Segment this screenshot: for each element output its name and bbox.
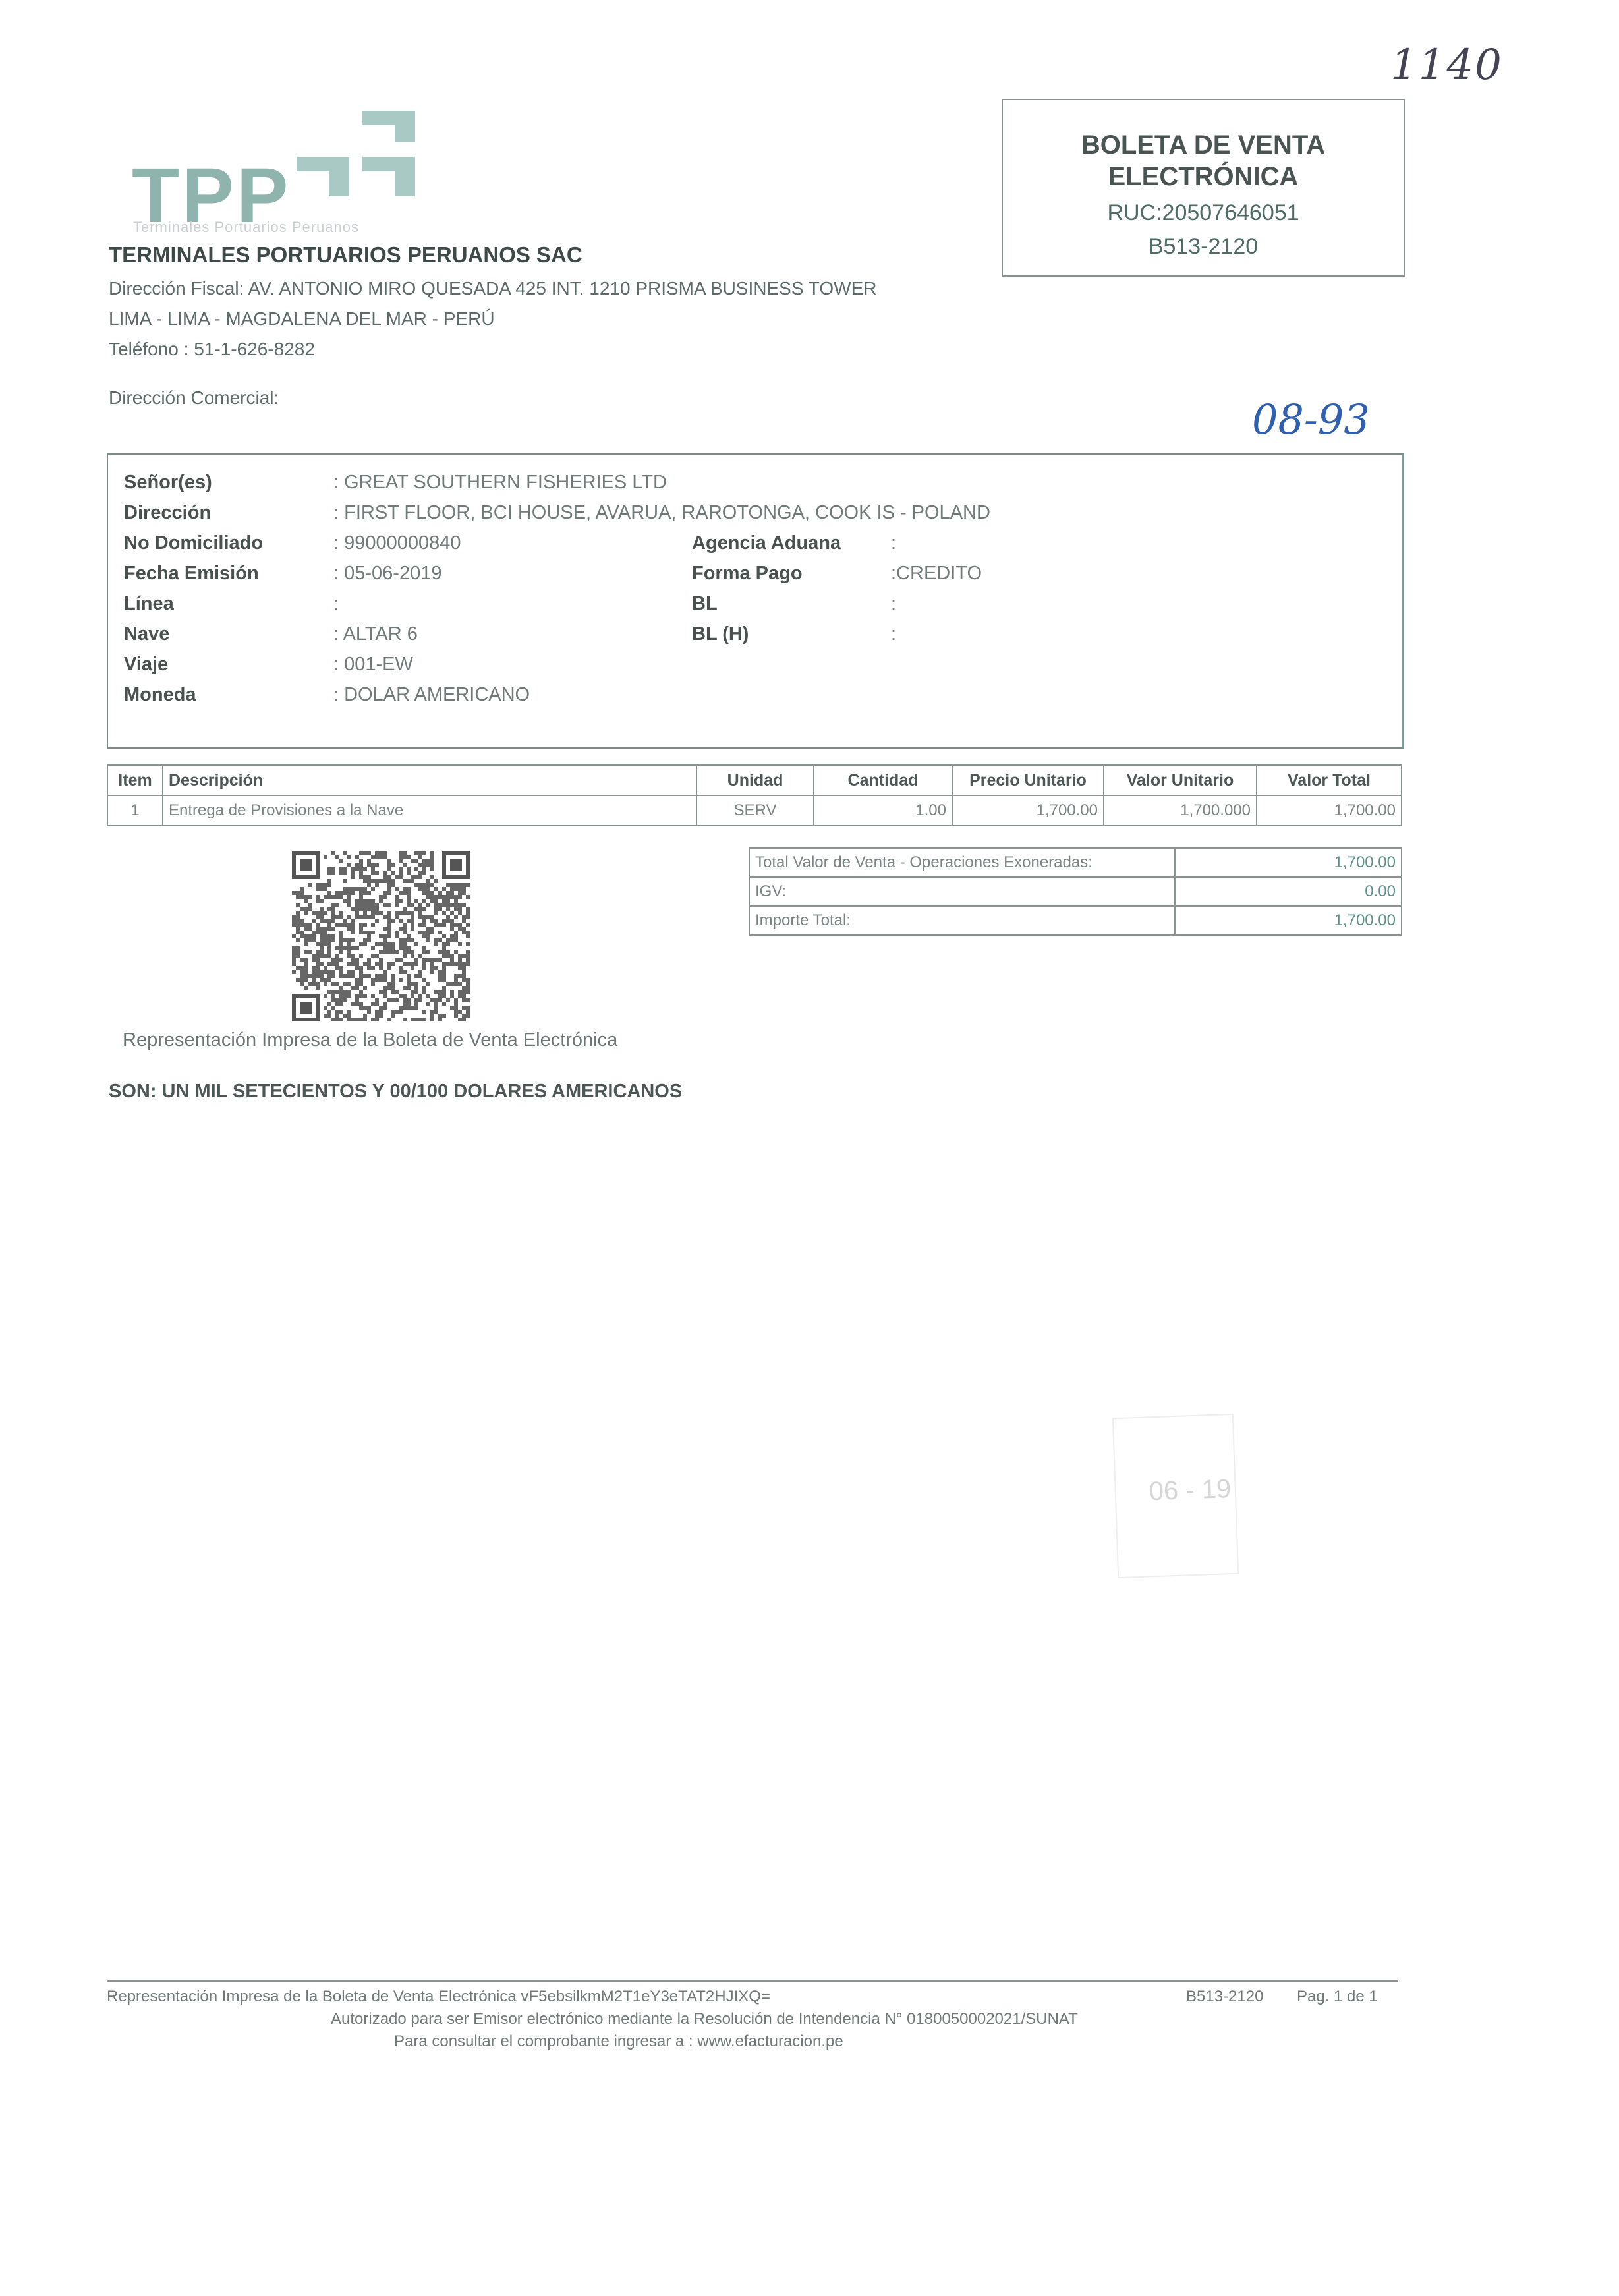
bl-value: :	[891, 593, 896, 614]
field-label: Agencia Aduana	[692, 532, 841, 554]
document-number: B513-2120	[1003, 234, 1404, 260]
qr-code	[292, 851, 470, 1021]
field-label: Viaje	[124, 654, 168, 675]
cell-unit-value: 1,700.000	[1104, 795, 1257, 826]
cell-unit-price: 1,700.00	[952, 795, 1104, 826]
field-label: Señor(es)	[124, 472, 212, 493]
city-line: LIMA - LIMA - MAGDALENA DEL MAR - PERÚ	[109, 308, 495, 330]
line-value: :	[333, 593, 339, 614]
col-total-value: Valor Total	[1257, 765, 1402, 795]
field-label: No Domiciliado	[124, 532, 263, 554]
handwritten-page-number: 1140	[1390, 41, 1503, 90]
voyage-value: : 001-EW	[333, 654, 413, 675]
col-unit: Unidad	[696, 765, 814, 795]
totals-row: Importe Total: 1,700.00	[749, 906, 1402, 935]
totals-value: 1,700.00	[1175, 848, 1402, 877]
logo-shape-top-stem	[395, 111, 415, 142]
footer-hash-line: Representación Impresa de la Boleta de V…	[107, 1988, 770, 2006]
table-header-row: Item Descripción Unidad Cantidad Precio …	[107, 765, 1402, 795]
customs-agency-value: :	[891, 532, 896, 554]
document-title-line2: ELECTRÓNICA	[1003, 161, 1404, 192]
cell-unit: SERV	[696, 795, 814, 826]
logo-shape-right-stem	[395, 157, 415, 196]
amount-in-words: SON: UN MIL SETECIENTOS Y 00/100 DOLARES…	[109, 1081, 682, 1103]
cell-item: 1	[107, 795, 163, 826]
cell-quantity: 1.00	[814, 795, 952, 826]
totals-value: 0.00	[1175, 877, 1402, 906]
field-label: BL	[692, 593, 718, 614]
qr-caption: Representación Impresa de la Boleta de V…	[123, 1029, 617, 1051]
commercial-address: Dirección Comercial:	[109, 387, 279, 409]
issue-date: : 05-06-2019	[333, 563, 441, 584]
stamp-date: 06 - 19	[1149, 1474, 1232, 1507]
field-label: Moneda	[124, 684, 196, 705]
footer-consult-link[interactable]: Para consultar el comprobante ingresar a…	[394, 2032, 843, 2051]
field-label: Fecha Emisión	[124, 563, 259, 584]
bl-house-value: :	[891, 623, 896, 645]
logo-subtitle: Terminales Portuarios Peruanos	[133, 219, 359, 236]
footer-divider	[107, 1980, 1398, 1982]
currency-value: : DOLAR AMERICANO	[333, 684, 530, 705]
field-label: Nave	[124, 623, 169, 645]
col-item: Item	[107, 765, 163, 795]
table-row: 1 Entrega de Provisiones a la Nave SERV …	[107, 795, 1402, 826]
document-ruc: RUC:20507646051	[1003, 200, 1404, 226]
customer-id: : 99000000840	[333, 532, 461, 554]
field-label: BL (H)	[692, 623, 749, 645]
col-unit-value: Valor Unitario	[1104, 765, 1257, 795]
document-type-box: BOLETA DE VENTA ELECTRÓNICA RUC:20507646…	[1002, 99, 1405, 277]
totals-label: Total Valor de Venta - Operaciones Exone…	[749, 848, 1175, 877]
company-logo: TPP Terminales Portuarios Peruanos	[132, 105, 422, 237]
handwritten-reference: 08-93	[1252, 395, 1370, 444]
totals-value: 1,700.00	[1175, 906, 1402, 935]
vessel-value: : ALTAR 6	[333, 623, 418, 645]
col-unit-price: Precio Unitario	[952, 765, 1104, 795]
field-label: Línea	[124, 593, 174, 614]
totals-row: IGV: 0.00	[749, 877, 1402, 906]
footer-document-number: B513-2120	[1186, 1988, 1263, 2006]
totals-label: IGV:	[749, 877, 1175, 906]
fiscal-address: Dirección Fiscal: AV. ANTONIO MIRO QUESA…	[109, 278, 877, 299]
cell-total-value: 1,700.00	[1257, 795, 1402, 826]
document-title-line1: BOLETA DE VENTA	[1003, 129, 1404, 161]
customer-address: : FIRST FLOOR, BCI HOUSE, AVARUA, RAROTO…	[333, 502, 990, 523]
col-quantity: Cantidad	[814, 765, 952, 795]
payment-method-value: :CREDITO	[891, 563, 982, 584]
field-label: Forma Pago	[692, 563, 803, 584]
items-table: Item Descripción Unidad Cantidad Precio …	[107, 764, 1402, 826]
totals-row: Total Valor de Venta - Operaciones Exone…	[749, 848, 1402, 877]
logo-shape-left-stem	[329, 157, 349, 196]
field-label: Dirección	[124, 502, 211, 523]
totals-label: Importe Total:	[749, 906, 1175, 935]
document-title: BOLETA DE VENTA ELECTRÓNICA	[1003, 129, 1404, 192]
footer-page-number: Pag. 1 de 1	[1297, 1988, 1378, 2006]
company-phone: Teléfono : 51-1-626-8282	[109, 339, 315, 360]
footer-authorization: Autorizado para ser Emisor electrónico m…	[331, 2010, 1078, 2028]
customer-row: Señor(es)	[124, 469, 212, 496]
col-description: Descripción	[163, 765, 696, 795]
company-name: TERMINALES PORTUARIOS PERUANOS SAC	[109, 243, 582, 268]
customer-info-box: Señor(es) : GREAT SOUTHERN FISHERIES LTD…	[107, 453, 1404, 749]
cell-description: Entrega de Provisiones a la Nave	[163, 795, 696, 826]
totals-table: Total Valor de Venta - Operaciones Exone…	[749, 847, 1402, 936]
received-stamp: 06 - 19	[1112, 1414, 1239, 1578]
customer-name: : GREAT SOUTHERN FISHERIES LTD	[333, 472, 667, 493]
